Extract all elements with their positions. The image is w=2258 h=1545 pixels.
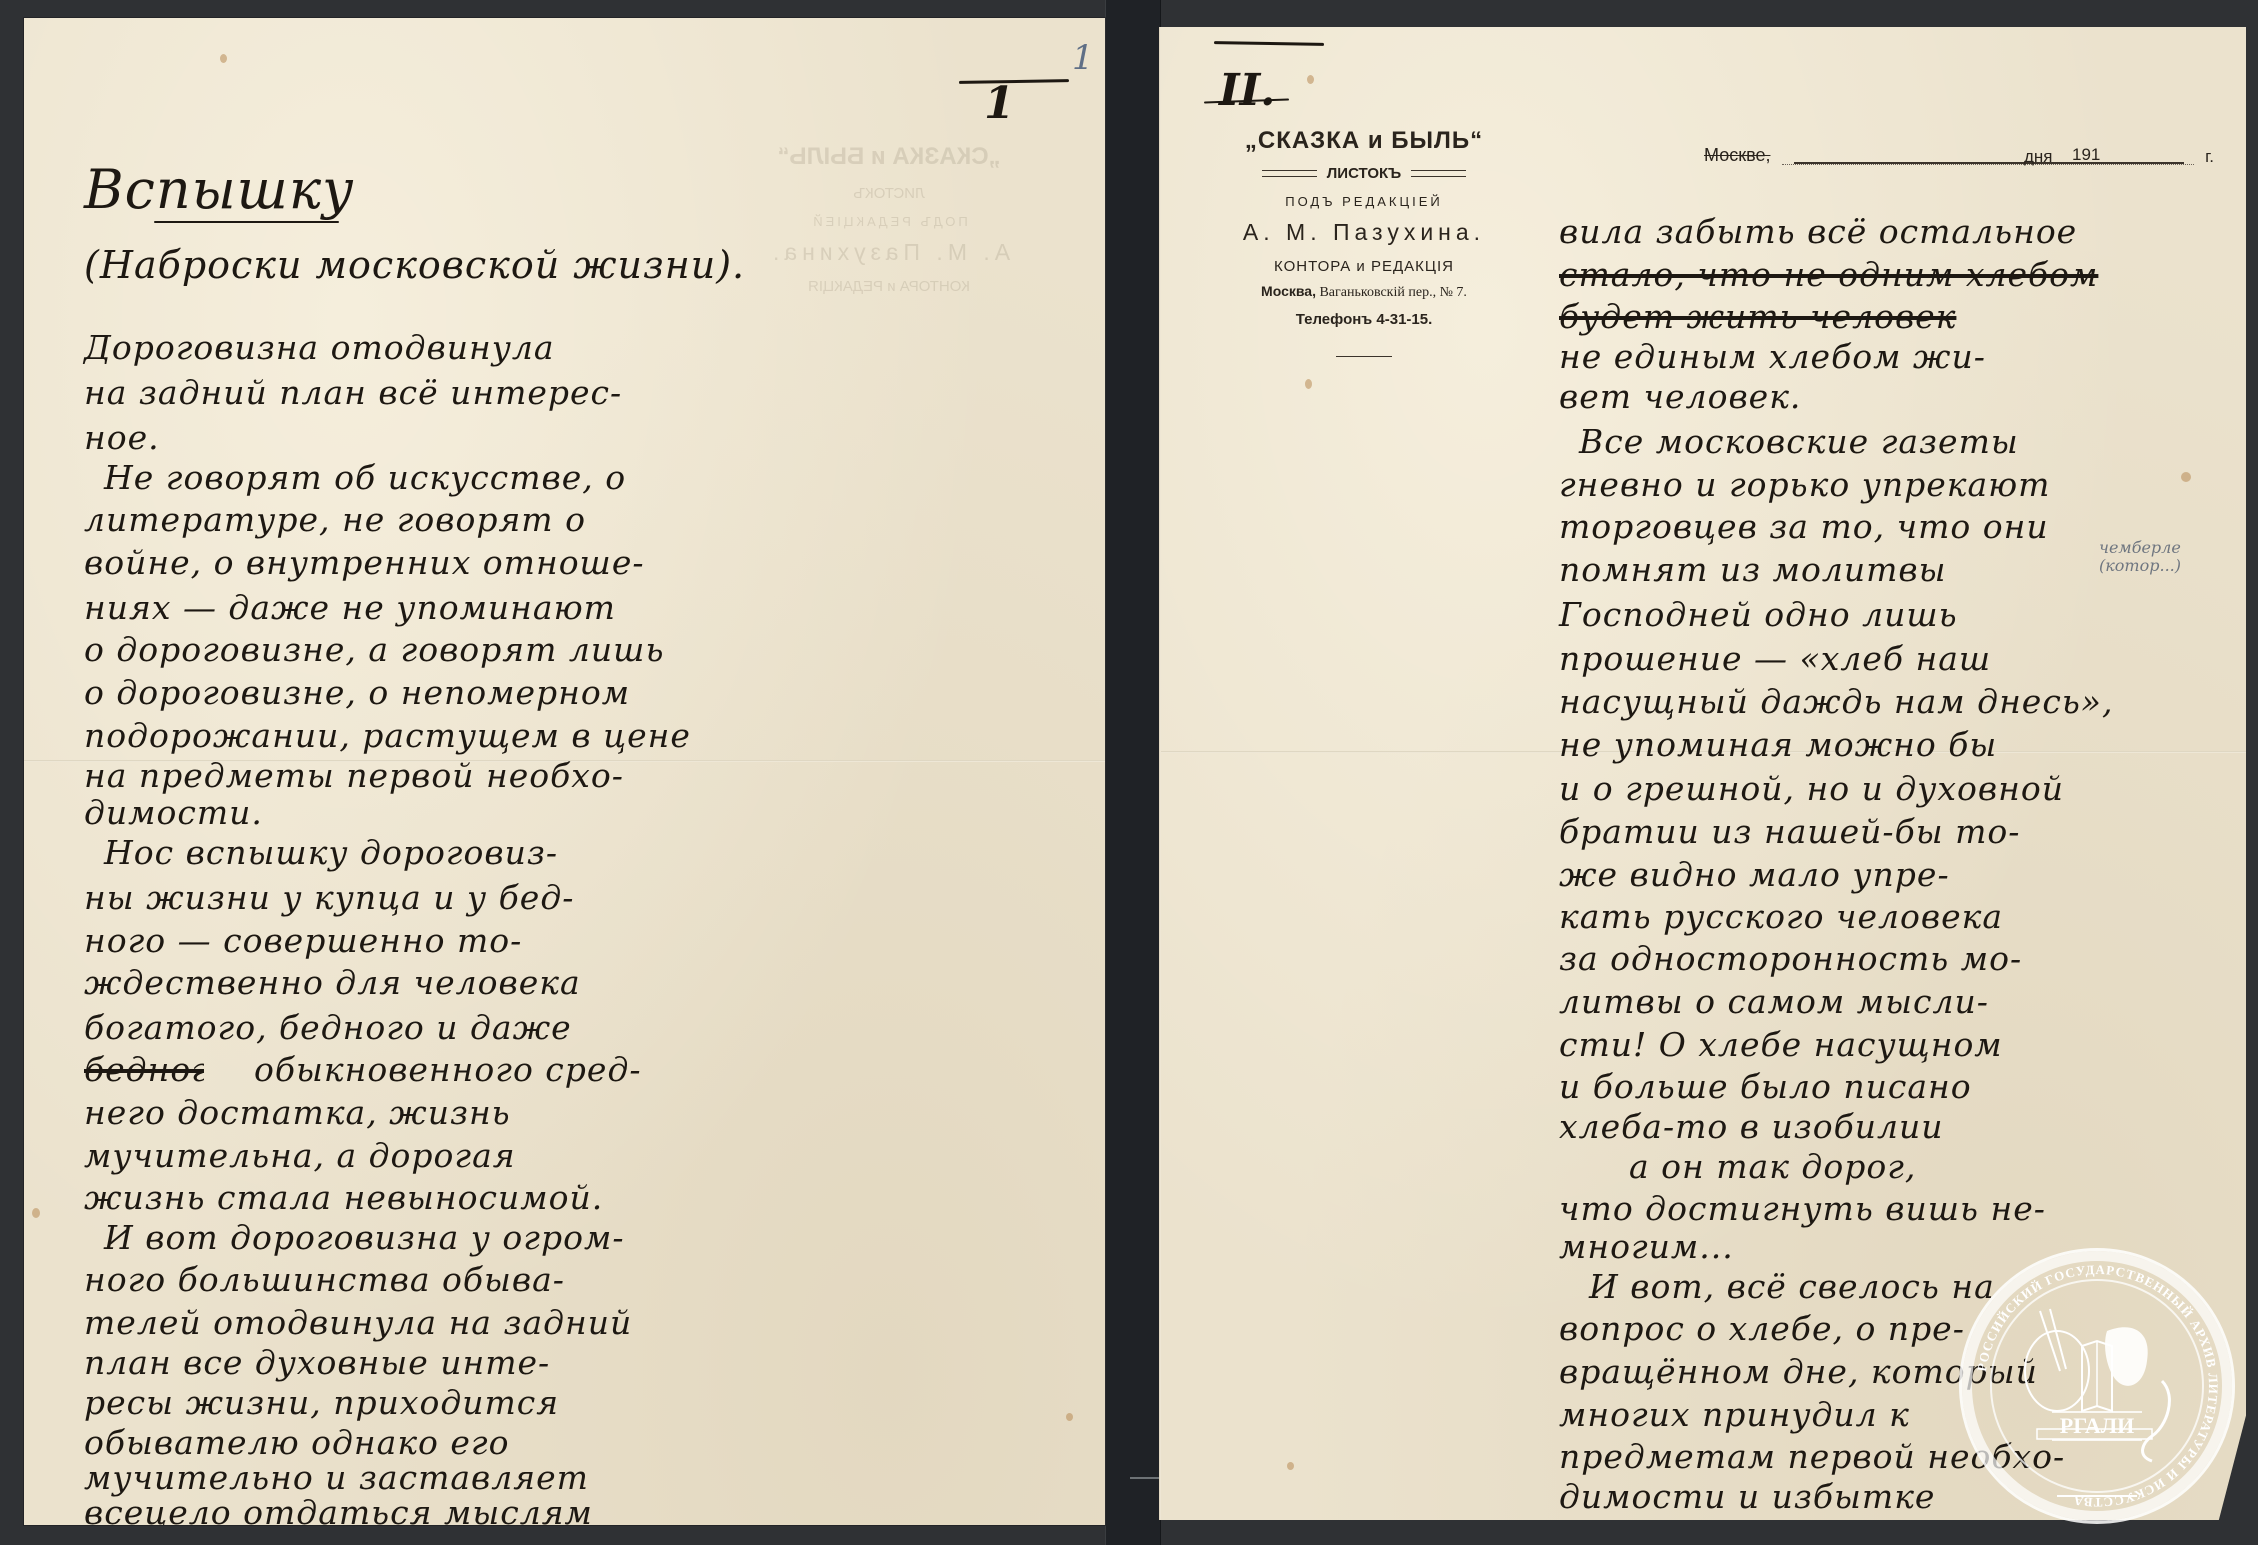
struck-line: стало, что не одним хлебом: [1559, 255, 2098, 294]
text-line: же видно мало упре-: [1559, 855, 1950, 894]
manuscript-title: Вспышку: [84, 158, 354, 221]
letterhead-rule: [1336, 356, 1392, 357]
date-year-suffix: г.: [2205, 147, 2214, 167]
text-line: вила забыть всё остальное: [1559, 212, 2077, 251]
paper-stain: [1066, 1413, 1073, 1421]
letterhead-show-through: „СКАЗКА и БЫЛЬ“ ЛИСТОКЪ ПОДЪ РЕДАКЦIЕЙ А…: [724, 143, 1054, 295]
text-line: войне, о внутренних отноше-: [84, 543, 645, 582]
text-line: литературе, не говорят о: [84, 500, 586, 539]
text-line: всецело отдаться мыслям: [84, 1493, 593, 1525]
text-line: не единым хлебом жи-: [1559, 337, 1986, 376]
text-line: прошение — «хлеб наш: [1559, 639, 1991, 678]
paper-stain: [32, 1208, 40, 1218]
text-line: ного большинства обыва-: [84, 1260, 565, 1299]
left-page: „СКАЗКА и БЫЛЬ“ ЛИСТОКЪ ПОДЪ РЕДАКЦIЕЙ А…: [24, 18, 1105, 1525]
text-line: ждественно для человека: [84, 963, 581, 1002]
stamp-label: РГАЛИ: [2052, 1411, 2142, 1441]
text-line: мучительна, а дорогая: [84, 1136, 516, 1175]
text-line: о дороговизне, о непомерном: [84, 673, 630, 712]
text-line: обывателю однако его: [84, 1423, 509, 1462]
text-line: Нос вспышку дороговиз-: [104, 833, 558, 872]
date-day-label: дня: [2024, 147, 2053, 167]
printed-letterhead: „СКАЗКА и БЫЛЬ“ ЛИСТОКЪ ПОДЪ РЕДАКЦIЕЙ А…: [1199, 127, 1529, 357]
text-line: многих принудил к: [1559, 1395, 1910, 1434]
text-line: хлеба-то в изобилии: [1559, 1107, 1944, 1146]
text-line: о дороговизне, а говорят лишь: [84, 630, 664, 669]
address-city: Москва,: [1261, 283, 1316, 299]
palette-icon: [2025, 1331, 2089, 1411]
struck-line: будет жить человек: [1559, 297, 1956, 336]
paper-stain: [1307, 75, 1314, 84]
text-line: торговцев за то, что они: [1559, 507, 2049, 546]
date-dotted-rule: [1782, 164, 2194, 165]
text-line: план все духовные инте-: [84, 1343, 550, 1382]
text-line: телей отодвинула на задний: [84, 1303, 632, 1342]
mount-gutter: [1105, 0, 1161, 1545]
pencil-folio-number: 1: [1072, 38, 1094, 78]
text-line: Не говорят об искусстве, о: [104, 458, 626, 497]
text-line: на задний план всё интерес-: [84, 373, 622, 412]
text-line: ное.: [84, 418, 160, 457]
text-line: гневно и горько упрекают: [1559, 465, 2050, 504]
text-line: сти! О хлебе насущном: [1559, 1025, 2003, 1064]
text-line: и о грешной, но и духовной: [1559, 769, 2064, 808]
text-line: И вот, всё свелось на: [1589, 1267, 1995, 1306]
text-line: ны жизни у купца и у бед-: [84, 878, 574, 917]
text-line: ресы жизни, приходится: [84, 1383, 559, 1422]
text-line: димости.: [84, 793, 263, 832]
text-line: на предметы первой необхо-: [84, 756, 624, 795]
title-underline: [154, 221, 339, 223]
fold-edge: [1159, 27, 1161, 1520]
paper-stain: [1305, 379, 1312, 389]
text-line: литвы о самом мысли-: [1559, 982, 1989, 1021]
text-line: ниях — даже не упоминают: [84, 588, 616, 627]
text-line: и больше было писано: [1559, 1067, 1972, 1106]
text-line: ного — совершенно то-: [84, 921, 522, 960]
date-city: Москве,: [1704, 145, 1770, 166]
double-rule: [1262, 170, 1317, 177]
letterhead-under-editor: ПОДЪ РЕДАКЦIЕЙ: [1199, 194, 1529, 209]
date-year-prefix: 191: [2072, 145, 2100, 165]
address-street: Ваганьковскiй пер., № 7.: [1319, 285, 1466, 300]
text-line: за односторонность мо-: [1559, 939, 2022, 978]
margin-note-line: (котор...): [2099, 557, 2181, 575]
text-line: что достигнуть вишь не-: [1559, 1189, 2046, 1228]
brush-icon: [2040, 1311, 2060, 1371]
text-line: помнят из молитвы: [1559, 550, 1946, 589]
letterhead-subtitle-text: ЛИСТОКЪ: [1327, 165, 1401, 182]
stamp-ring-text-icon: РОССИЙСКИЙ ГОСУДАРСТВЕННЫЙ АРХИВ ЛИТЕРАТ…: [1962, 1251, 2232, 1521]
letterhead-office: КОНТОРА и РЕДАКЦIЯ: [1199, 258, 1529, 275]
text-line: богатого, бедного и даже: [84, 1008, 572, 1047]
manuscript-subtitle: (Наброски московской жизни).: [84, 243, 745, 287]
text-line: вопрос о хлебе, о пре-: [1559, 1309, 1965, 1348]
margin-note-line: чемберле: [2099, 539, 2181, 557]
letterhead-phone: Телефонъ 4-31-15.: [1199, 311, 1529, 328]
text-line: не упоминая можно бы: [1559, 725, 1997, 764]
letterhead-editor-name: А. М. Пазухина.: [1199, 219, 1529, 246]
text-line: И вот дороговизна у огром-: [104, 1218, 624, 1257]
paper-stain: [2181, 472, 2191, 482]
letterhead-subtitle: ЛИСТОКЪ: [1199, 165, 1529, 182]
page-number: 1: [984, 78, 1015, 129]
text-line: подорожании, растущем в цене: [84, 716, 691, 755]
text-line: него достатка, жизнь: [84, 1093, 511, 1132]
text-line: кать русского человека: [1559, 897, 2003, 936]
paper-stain: [220, 54, 227, 63]
text-line: мучительно и заставляет: [84, 1458, 589, 1497]
text-line: Господней одно лишь: [1559, 595, 1958, 634]
text-line: жизнь стала невыносимой.: [84, 1178, 603, 1217]
letterhead-title: „СКАЗКА и БЫЛЬ“: [1199, 127, 1529, 155]
text-line: многим...: [1559, 1227, 1734, 1266]
mount-mark: [1130, 1477, 1159, 1479]
double-rule: [1411, 170, 1466, 177]
struck-word: бедного: [84, 1050, 204, 1089]
text-line: димости и избытке: [1559, 1477, 1935, 1516]
page-number-overline: [1214, 41, 1324, 46]
letterhead-address: Москва, Ваганьковскiй пер., № 7.: [1199, 283, 1529, 301]
text-line: насущный даждь нам днесь»,: [1559, 682, 2113, 721]
date-strikethrough: [1794, 162, 2184, 164]
text-line: обыкновенного сред-: [254, 1050, 642, 1089]
text-line: братии из нашей-бы то-: [1559, 812, 2020, 851]
printed-date-line: Москве, дня 191 г.: [1704, 137, 2224, 177]
paper-stain: [1287, 1462, 1294, 1470]
text-line: Все московские газеты: [1579, 422, 2019, 461]
text-line: а он так дорог,: [1629, 1147, 1916, 1186]
text-line: вет человек.: [1559, 377, 1801, 416]
archive-stamp: РОССИЙСКИЙ ГОСУДАРСТВЕННЫЙ АРХИВ ЛИТЕРАТ…: [1959, 1248, 2235, 1524]
pencil-margin-note: чемберле (котор...): [2099, 539, 2181, 574]
page-number: II.: [1219, 65, 1275, 116]
text-line: Дороговизна отодвинула: [84, 328, 555, 367]
treble-clef-icon: [2143, 1381, 2170, 1461]
